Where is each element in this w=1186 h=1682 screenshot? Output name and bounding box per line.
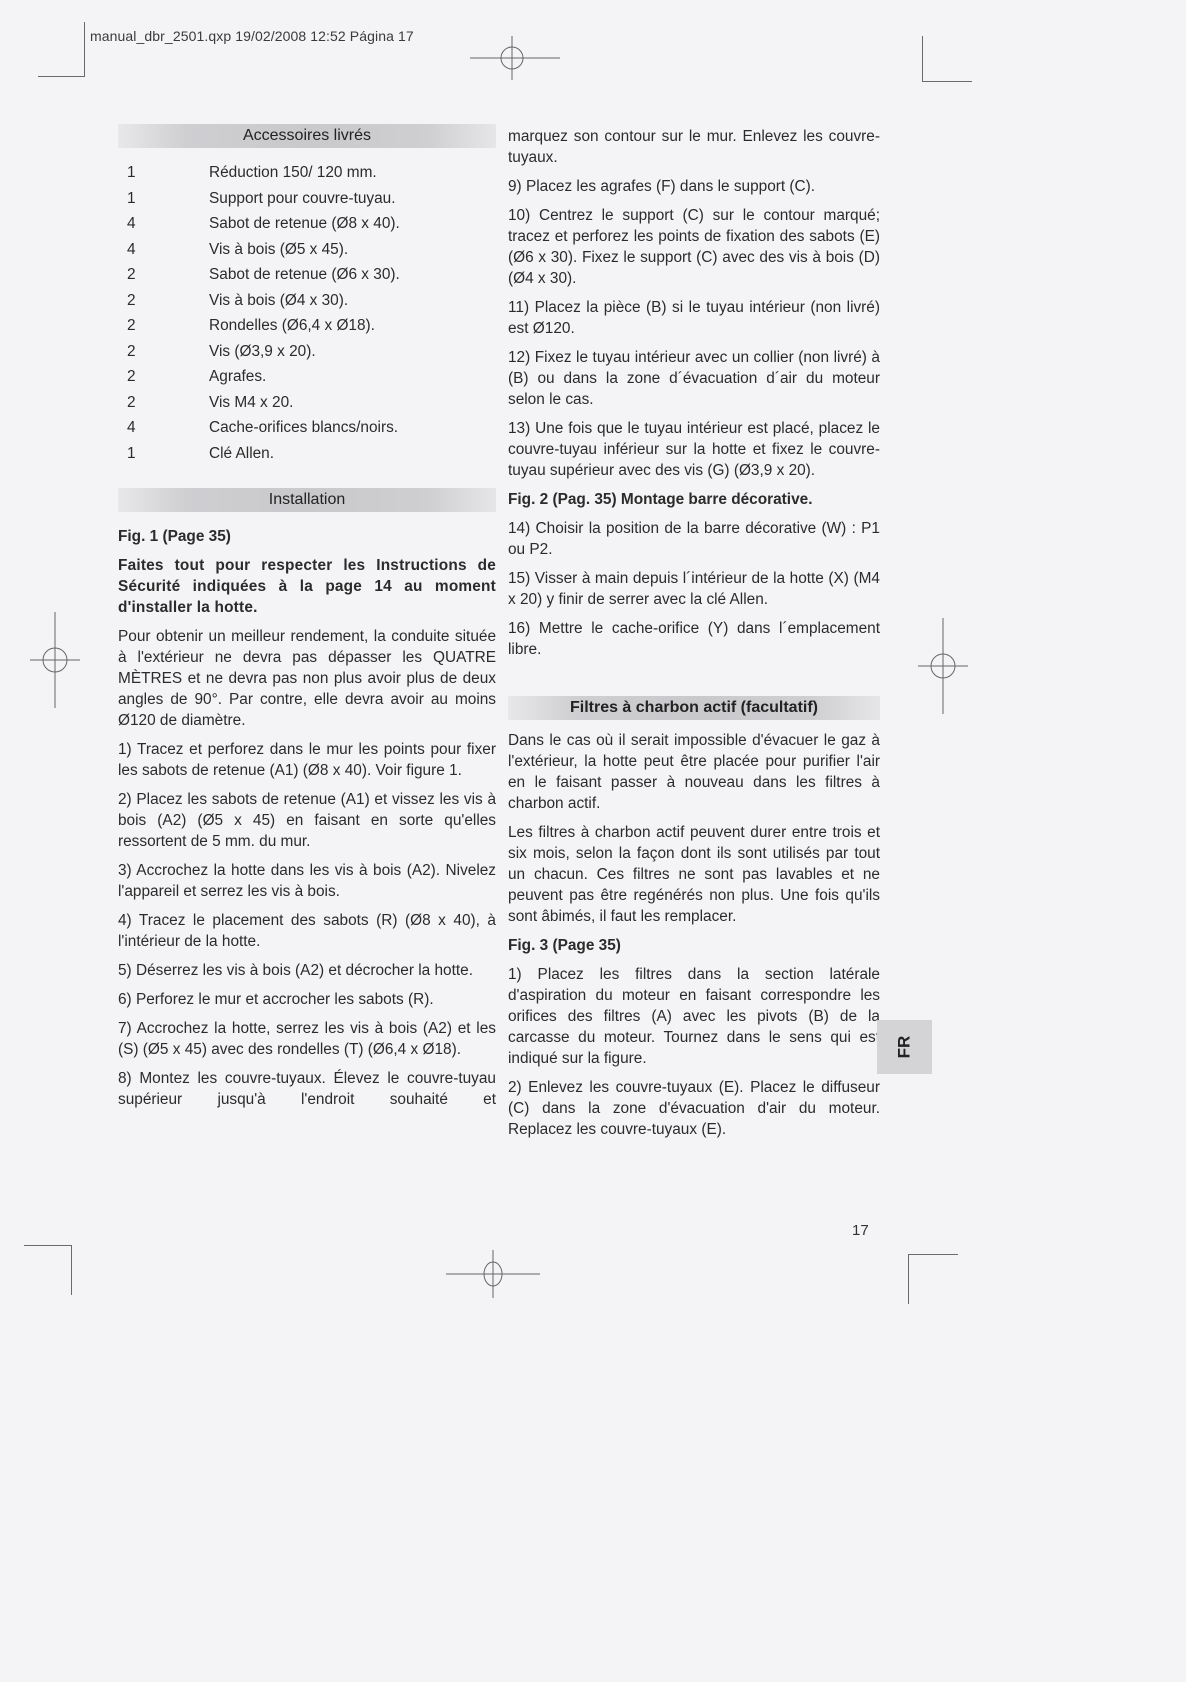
step-3: 3) Accrochez la hotte dans les vis à boi… <box>118 860 496 902</box>
crop-mark-bottom-left-h <box>24 1245 71 1246</box>
step-15: 15) Visser à main depuis l´intérieur de … <box>508 568 880 610</box>
list-item: 4Sabot de retenue (Ø8 x 40). <box>118 211 496 237</box>
page-number: 17 <box>852 1222 869 1239</box>
registration-mark-left-icon <box>30 612 80 708</box>
step-4: 4) Tracez le placement des sabots (R) (Ø… <box>118 910 496 952</box>
step-12: 12) Fixez le tuyau intérieur avec un col… <box>508 347 880 410</box>
step-2: 2) Placez les sabots de retenue (A1) et … <box>118 789 496 852</box>
registration-mark-bottom-icon <box>446 1250 540 1298</box>
list-item: 2Vis (Ø3,9 x 20). <box>118 339 496 365</box>
list-item: 2Vis M4 x 20. <box>118 390 496 416</box>
step-6: 6) Perforez le mur et accrocher les sabo… <box>118 989 496 1010</box>
list-item: 2Rondelles (Ø6,4 x Ø18). <box>118 313 496 339</box>
registration-mark-top-icon <box>470 36 560 80</box>
installation-intro: Pour obtenir un meilleur rendement, la c… <box>118 626 496 731</box>
list-item: 4Cache-orifices blancs/noirs. <box>118 415 496 441</box>
language-tab: FR <box>877 1020 932 1074</box>
list-item: 1Clé Allen. <box>118 441 496 467</box>
step-8-part2: marquez son contour sur le mur. Enlevez … <box>508 126 880 168</box>
list-item: 2Agrafes. <box>118 364 496 390</box>
fig2-caption: Fig. 2 (Pag. 35) Montage barre décorativ… <box>508 489 880 510</box>
registration-mark-right-icon <box>918 618 968 714</box>
list-item: 2Sabot de retenue (Ø6 x 30). <box>118 262 496 288</box>
list-item: 1Réduction 150/ 120 mm. <box>118 160 496 186</box>
file-slug: manual_dbr_2501.qxp 19/02/2008 12:52 Pág… <box>90 28 414 44</box>
right-column: marquez son contour sur le mur. Enlevez … <box>508 126 880 1148</box>
crop-mark-bottom-right-v <box>908 1254 909 1304</box>
crop-mark-bottom-right-h <box>908 1254 958 1255</box>
crop-mark-top-right-v <box>922 36 923 81</box>
language-tab-label: FR <box>894 1036 914 1059</box>
step-16: 16) Mettre le cache-orifice (Y) dans l´e… <box>508 618 880 660</box>
list-item: 2Vis à bois (Ø4 x 30). <box>118 288 496 314</box>
step-10: 10) Centrez le support (C) sur le contou… <box>508 205 880 289</box>
list-item: 4Vis à bois (Ø5 x 45). <box>118 237 496 263</box>
step-13: 13) Une fois que le tuyau intérieur est … <box>508 418 880 481</box>
list-item: 1Support pour couvre-tuyau. <box>118 186 496 212</box>
step-14: 14) Choisir la position de la barre déco… <box>508 518 880 560</box>
filters-step-2: 2) Enlevez les couvre-tuyaux (E). Placez… <box>508 1077 880 1140</box>
step-8-part1: 8) Montez les couvre-tuyaux. Élevez le c… <box>118 1068 496 1110</box>
filters-heading: Filtres à charbon actif (facultatif) <box>508 696 880 720</box>
crop-mark-top-left-v <box>84 22 85 76</box>
filters-paragraph-1: Dans le cas où il serait impossible d'év… <box>508 730 880 814</box>
safety-warning: Faites tout pour respecter les Instructi… <box>118 555 496 618</box>
step-11: 11) Placez la pièce (B) si le tuyau inté… <box>508 297 880 339</box>
crop-mark-bottom-left-v <box>71 1245 72 1295</box>
step-7: 7) Accrochez la hotte, serrez les vis à … <box>118 1018 496 1060</box>
installation-heading: Installation <box>118 488 496 512</box>
step-5: 5) Déserrez les vis à bois (A2) et décro… <box>118 960 496 981</box>
accessories-heading: Accessoires livrés <box>118 124 496 148</box>
fig3-caption: Fig. 3 (Page 35) <box>508 935 880 956</box>
filters-paragraph-2: Les filtres à charbon actif peuvent dure… <box>508 822 880 927</box>
left-column: Accessoires livrés 1Réduction 150/ 120 m… <box>118 124 496 1118</box>
crop-mark-top-right-h <box>922 81 972 82</box>
fig1-caption: Fig. 1 (Page 35) <box>118 526 496 547</box>
crop-mark-top-left-h <box>38 76 85 77</box>
step-1: 1) Tracez et perforez dans le mur les po… <box>118 739 496 781</box>
filters-step-1: 1) Placez les filtres dans la section la… <box>508 964 880 1069</box>
step-9: 9) Placez les agrafes (F) dans le suppor… <box>508 176 880 197</box>
accessories-list: 1Réduction 150/ 120 mm. 1Support pour co… <box>118 160 496 466</box>
